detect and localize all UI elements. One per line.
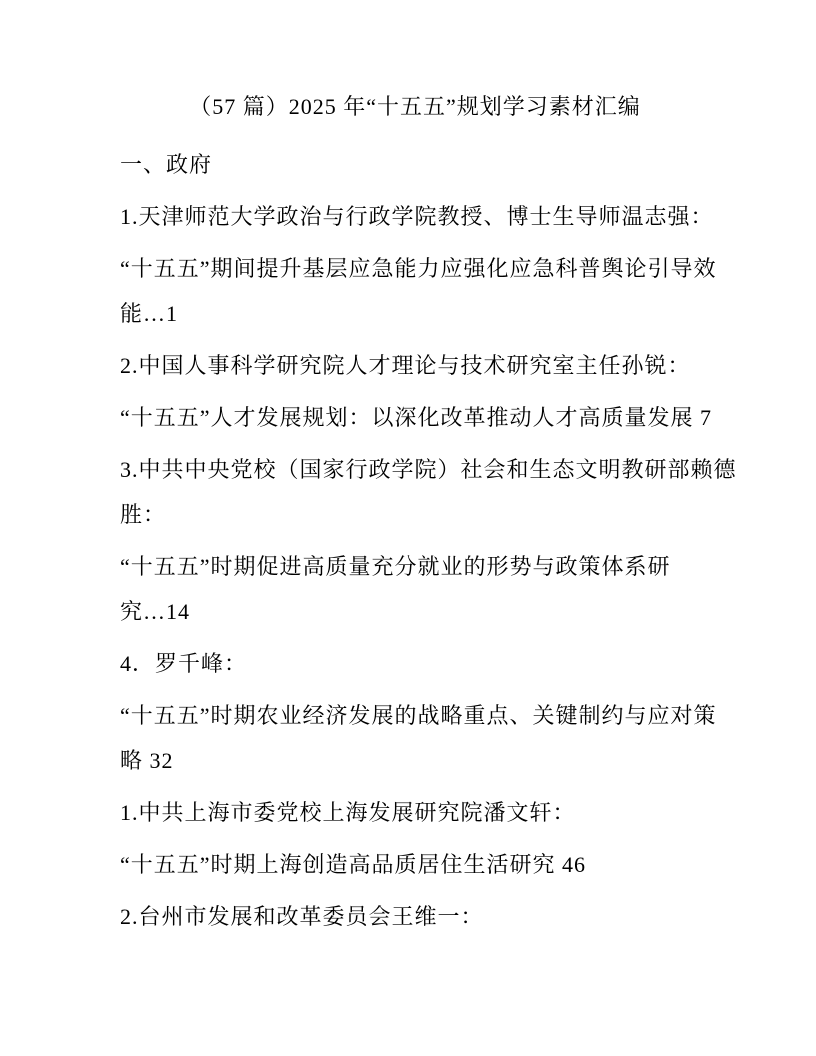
text-line: “十五五”时期上海创造高品质居住生活研究 46 <box>120 842 710 887</box>
text-line: “十五五”人才发展规划：以深化改革推动人才高质量发展 7 <box>120 395 710 440</box>
toc-entry-author: 4．罗千峰： <box>120 641 710 686</box>
text-line: 胜： <box>120 492 710 537</box>
text-line: 2.中国人事科学研究院人才理论与技术研究室主任孙锐： <box>120 343 710 388</box>
toc-entry-article: “十五五”时期上海创造高品质居住生活研究 46 <box>120 842 710 887</box>
toc-entry-article: “十五五”时期农业经济发展的战略重点、关键制约与应对策 略 32 <box>120 693 710 783</box>
text-line: 能…1 <box>120 291 710 336</box>
text-line: 4．罗千峰： <box>120 641 710 686</box>
text-line: 究…14 <box>120 589 710 634</box>
text-line: “十五五”时期农业经济发展的战略重点、关键制约与应对策 <box>120 693 710 738</box>
document-title: （57 篇）2025 年“十五五”规划学习素材汇编 <box>120 84 710 129</box>
text-line: 1.天津师范大学政治与行政学院教授、博士生导师温志强： <box>120 194 710 239</box>
toc-entry-article: “十五五”时期促进高质量充分就业的形势与政策体系研 究…14 <box>120 544 710 634</box>
toc-entry-article: “十五五”人才发展规划：以深化改革推动人才高质量发展 7 <box>120 395 710 440</box>
section-heading: 一、政府 <box>120 142 710 187</box>
toc-entry-article: “十五五”期间提升基层应急能力应强化应急科普舆论引导效 能…1 <box>120 246 710 336</box>
text-line: 3.中共中央党校（国家行政学院）社会和生态文明教研部赖德 <box>120 447 710 492</box>
text-line: “十五五”期间提升基层应急能力应强化应急科普舆论引导效 <box>120 246 710 291</box>
toc-entry-author: 2.中国人事科学研究院人才理论与技术研究室主任孙锐： <box>120 343 710 388</box>
document-page: （57 篇）2025 年“十五五”规划学习素材汇编 一、政府 1.天津师范大学政… <box>0 0 816 1056</box>
toc-entry-author: 1.中共上海市委党校上海发展研究院潘文轩： <box>120 790 710 835</box>
text-line: 2.台州市发展和改革委员会王维一： <box>120 894 710 939</box>
text-line: “十五五”时期促进高质量充分就业的形势与政策体系研 <box>120 544 710 589</box>
toc-entry-author: 2.台州市发展和改革委员会王维一： <box>120 894 710 939</box>
toc-entry-author: 3.中共中央党校（国家行政学院）社会和生态文明教研部赖德 胜： <box>120 447 710 537</box>
text-line: 1.中共上海市委党校上海发展研究院潘文轩： <box>120 790 710 835</box>
text-line: 略 32 <box>120 738 710 783</box>
toc-entry-author: 1.天津师范大学政治与行政学院教授、博士生导师温志强： <box>120 194 710 239</box>
